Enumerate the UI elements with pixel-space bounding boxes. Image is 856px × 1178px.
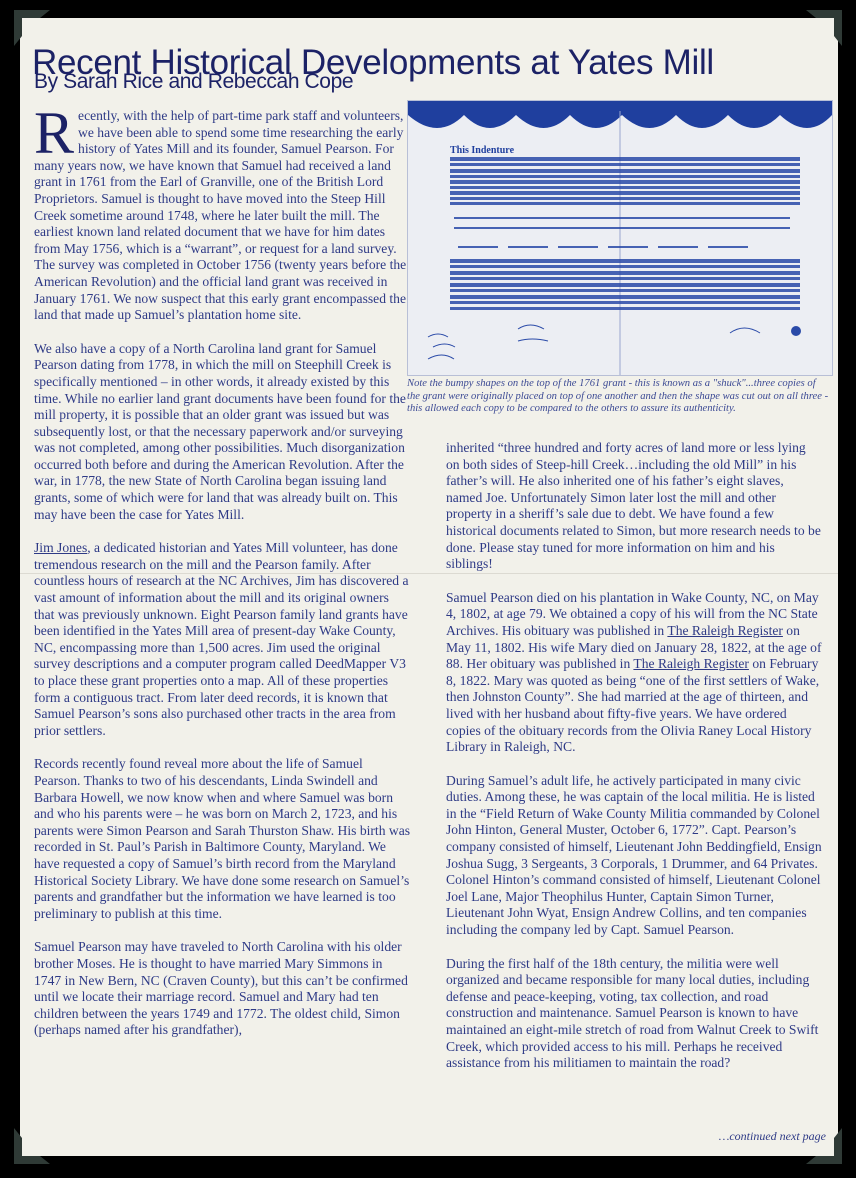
land-grant-image: This Indenture: [407, 100, 833, 376]
photo-corner-icon: [14, 10, 50, 46]
paragraph-moses: Samuel Pearson may have traveled to Nort…: [34, 939, 412, 1039]
jim-jones-name: Jim Jones: [34, 540, 87, 555]
photo-corner-icon: [14, 1128, 50, 1164]
byline: By Sarah Rice and Rebeccah Cope: [34, 70, 353, 94]
paragraph-intro: Recently, with the help of part-time par…: [34, 108, 412, 324]
raleigh-register-title: The Raleigh Register: [667, 623, 783, 638]
paragraph-1778-grant: We also have a copy of a North Carolina …: [34, 341, 412, 524]
svg-text:This Indenture: This Indenture: [450, 145, 515, 156]
paragraph-militia: During Samuel’s adult life, he actively …: [446, 773, 822, 939]
photo-corner-icon: [806, 1128, 842, 1164]
newsletter-page: Recent Historical Developments at Yates …: [20, 18, 838, 1156]
right-column: inherited “three hundred and forty acres…: [446, 440, 822, 1089]
drop-cap: R: [34, 110, 74, 156]
paragraph-records: Records recently found reveal more about…: [34, 756, 412, 922]
raleigh-register-title: The Raleigh Register: [633, 656, 749, 671]
paragraph-death: Samuel Pearson died on his plantation in…: [446, 590, 822, 756]
left-column: Recently, with the help of part-time par…: [34, 108, 412, 1056]
paragraph-road: During the first half of the 18th centur…: [446, 956, 822, 1072]
paragraph-simon: inherited “three hundred and forty acres…: [446, 440, 822, 573]
land-grant-document-icon: This Indenture: [408, 101, 832, 375]
photo-corner-icon: [806, 10, 842, 46]
paragraph-jim-jones: Jim Jones, a dedicated historian and Yat…: [34, 540, 412, 739]
figure-caption: Note the bumpy shapes on the top of the …: [407, 378, 831, 416]
